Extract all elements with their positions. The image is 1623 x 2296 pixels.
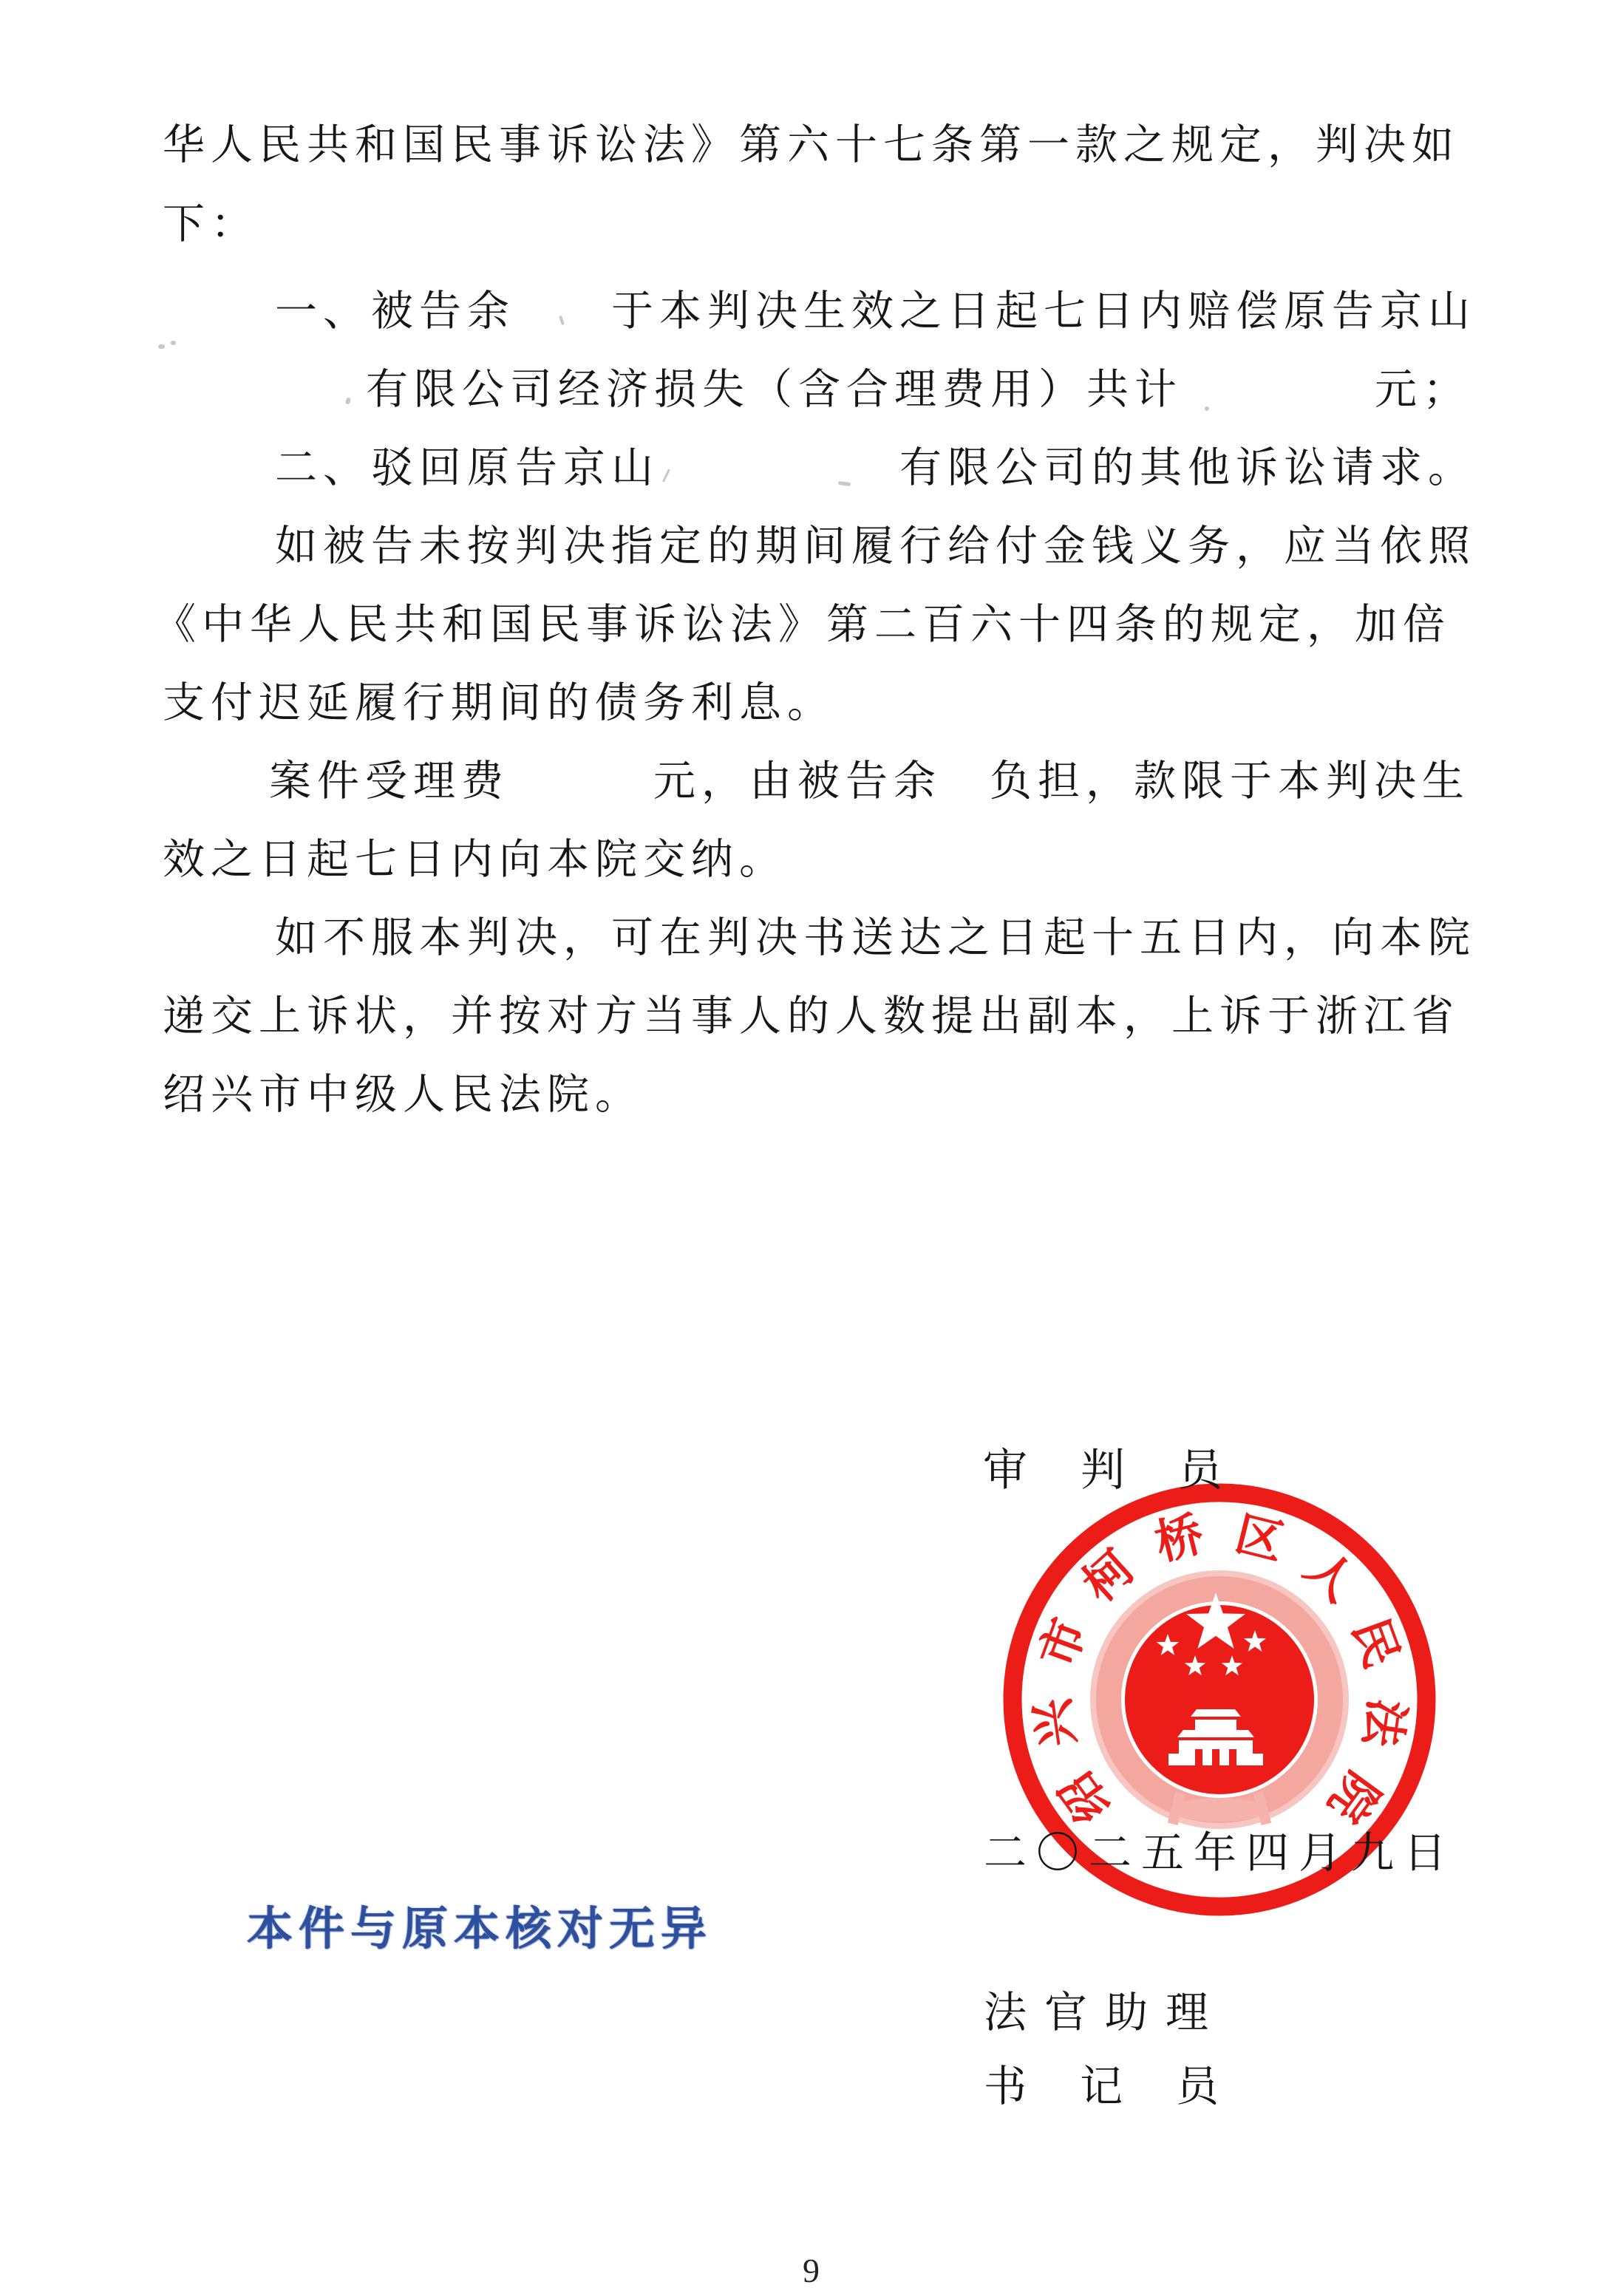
page-number: 9 xyxy=(803,2251,820,2290)
body-line: 如被告未按判决指定的期间履行给付金钱义务，应当依照 xyxy=(275,522,1476,572)
body-line: 二、驳回原告京山 有限公司的其他诉讼请求。 xyxy=(275,443,1476,494)
scan-artifact xyxy=(158,344,165,349)
body-line: 有限公司经济损失（含合理费用）共计 元； xyxy=(366,365,1471,415)
scan-artifact xyxy=(1205,406,1209,411)
clerk-title-label: 书记员 xyxy=(984,2051,1272,2113)
svg-text:民: 民 xyxy=(1343,1612,1409,1674)
body-line: 华人民共和国民事诉讼法》第六十七条第一款之规定，判决如 xyxy=(163,120,1460,171)
scan-artifact xyxy=(345,397,352,405)
body-line: 递交上诉状，并按对方当事人的人数提出副本，上诉于浙江省 xyxy=(163,992,1460,1042)
body-line: 一、被告余 于本判决生效之日起七日内赔偿原告京山 xyxy=(275,287,1476,337)
svg-text:兴: 兴 xyxy=(1026,1695,1084,1750)
body-line: 效之日起七日内向本院交纳。 xyxy=(163,835,787,885)
body-line: 支付迟延履行期间的债务利息。 xyxy=(163,678,835,729)
svg-text:桥: 桥 xyxy=(1150,1508,1208,1570)
svg-text:市: 市 xyxy=(1031,1612,1097,1674)
national-emblem xyxy=(1094,1574,1345,1825)
body-line: 《中华人民共和国民事诉讼法》第二百六十四条的规定，加倍 xyxy=(154,600,1451,650)
judge-title-label: 审判员 xyxy=(983,1435,1276,1499)
scan-artifact xyxy=(171,341,176,345)
svg-text:区: 区 xyxy=(1231,1508,1289,1570)
judgment-date: 二〇二五年四月九日 xyxy=(984,1818,1456,1880)
verification-stamp: 本件与原本核对无异 xyxy=(247,1892,712,1958)
body-line: 下： xyxy=(163,200,259,250)
svg-text:法: 法 xyxy=(1355,1696,1413,1751)
body-line: 绍兴市中级人民法院。 xyxy=(163,1070,643,1120)
body-line: 如不服本判决，可在判决书送达之日起十五日内，向本院 xyxy=(275,913,1476,964)
judgment-page: 华人民共和国民事诉讼法》第六十七条第一款之规定，判决如 下： 一、被告余 于本判… xyxy=(0,0,1623,2296)
assistant-title-label: 法官助理 xyxy=(984,1978,1226,2040)
body-line: 案件受理费 元，由被告余 负担，款限于本判决生 xyxy=(269,757,1470,807)
